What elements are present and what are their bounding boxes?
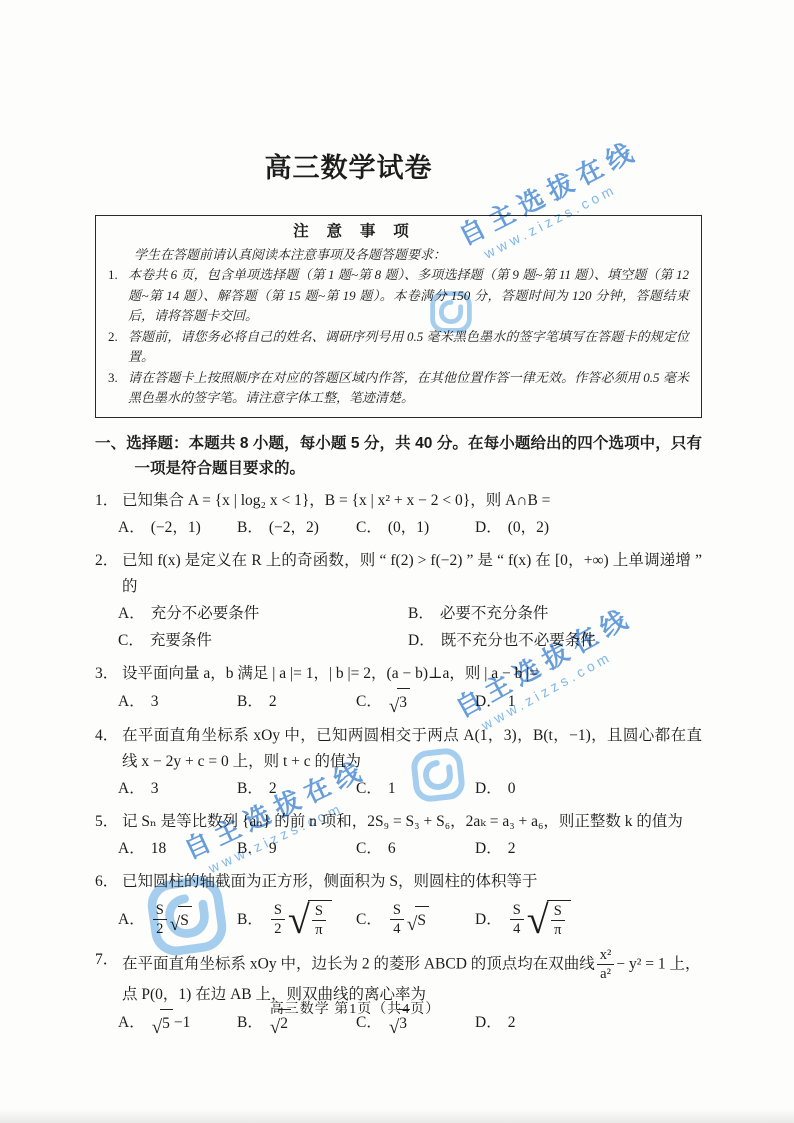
question-6: 6． 已知圆柱的轴截面为正方形，侧面积为 S，则圆柱的体积等于 A． S2 √S… (95, 869, 702, 940)
notice-item: 3. 请在答题卡上按照顺序在对应的答题区域内作答，在其他位置作答一律无效。作答必… (108, 368, 689, 409)
fraction: S4 (510, 902, 524, 937)
question-5: 5． 记 Sₙ 是等比数列 {aₙ} 的前 n 项和，2S₉ = S₃ + S₆… (95, 809, 702, 862)
option-a: A．3 (118, 776, 237, 802)
sqrt-expression: √Sπ (288, 900, 332, 940)
fraction: S4 (390, 902, 404, 937)
page-footer: 高三数学 第1页（共4页） (95, 998, 615, 1018)
fraction: Sπ (312, 903, 326, 938)
question-stem: 3． 设平面向量 a，b 满足 | a |= 1，| b |= 2，(a − b… (95, 661, 702, 687)
option-d: D．1 (475, 689, 702, 715)
question-3: 3． 设平面向量 a，b 满足 | a |= 1，| b |= 2，(a − b… (95, 661, 702, 716)
question-number: 6． (95, 869, 122, 895)
options-row: A． S2 √S B． S2 √Sπ C． S4 √S D． S4 √S (95, 900, 702, 940)
page-content: 高三数学试卷 注 意 事 项 学生在答题前请认真阅读本注意事项及各题答题要求： … (95, 0, 702, 1037)
question-stem: 1． 已知集合 A = {x | log₂ x < 1}，B = {x | x²… (95, 488, 702, 514)
options-row: A．3 B．2 C．√3 D．1 (95, 688, 702, 716)
notice-item-text: 答题前，请您务必将自己的姓名、调研序列号用 0.5 毫米黑色墨水的签字笔填写在答… (128, 327, 689, 368)
options-row: C．充要条件 D．既不充分也不必要条件 (95, 628, 702, 654)
options-row: A．充分不必要条件 B．必要不充分条件 (95, 601, 702, 627)
notice-item: 1. 本卷共 6 页，包含单项选择题（第 1 题~第 8 题）、多项选择题（第 … (108, 265, 689, 327)
notice-item-text: 本卷共 6 页，包含单项选择题（第 1 题~第 8 题）、多项选择题（第 9 题… (128, 265, 689, 327)
question-stem: 6． 已知圆柱的轴截面为正方形，侧面积为 S，则圆柱的体积等于 (95, 869, 702, 895)
option-b: B．必要不充分条件 (408, 601, 702, 627)
option-b: B．9 (237, 836, 356, 862)
option-d: D． S4 √Sπ (475, 900, 702, 940)
question-stem: 2． 已知 f(x) 是定义在 R 上的奇函数，则 “ f(2) > f(−2)… (95, 548, 702, 600)
option-a: A．(−2，1) (118, 515, 237, 541)
option-a: A． S2 √S (118, 902, 237, 937)
sqrt-expression: √3 (389, 688, 410, 716)
sqrt-expression: √S (170, 906, 192, 934)
question-number: 4． (95, 723, 122, 775)
notice-intro: 学生在答题前请认真阅读本注意事项及各题答题要求： (108, 245, 689, 266)
option-b: B．2 (237, 689, 356, 715)
option-c: C． S4 √S (356, 902, 475, 937)
option-a: A．充分不必要条件 (118, 601, 408, 627)
fraction: S2 (153, 902, 167, 937)
notice-item-number: 3. (108, 368, 128, 409)
option-d: D．2 (475, 836, 702, 862)
section-heading: 一、选择题：本题共 8 小题，每小题 5 分，共 40 分。在每小题给出的四个选… (95, 431, 702, 481)
option-b: B．2 (237, 776, 356, 802)
sqrt-expression: √S (407, 906, 429, 934)
question-7: 7． 在平面直角坐标系 xOy 中，边长为 2 的菱形 ABCD 的顶点均在双曲… (95, 947, 702, 1037)
option-c: C．1 (356, 776, 475, 802)
notice-box: 注 意 事 项 学生在答题前请认真阅读本注意事项及各题答题要求： 1. 本卷共 … (95, 215, 702, 418)
question-2: 2． 已知 f(x) 是定义在 R 上的奇函数，则 “ f(2) > f(−2)… (95, 548, 702, 654)
option-a: A．3 (118, 689, 237, 715)
option-c: C．(0，1) (356, 515, 475, 541)
option-d: D．(0，2) (475, 515, 702, 541)
question-1: 1． 已知集合 A = {x | log₂ x < 1}，B = {x | x²… (95, 488, 702, 541)
option-b: B． S2 √Sπ (237, 900, 356, 940)
notice-item-number: 2. (108, 327, 128, 368)
option-a: A．18 (118, 836, 237, 862)
question-stem: 4． 在平面直角坐标系 xOy 中，已知两圆相交于两点 A(1，3)，B(t，−… (95, 723, 702, 775)
notice-item-number: 1. (108, 265, 128, 327)
options-row: A．(−2，1) B．(−2，2) C．(0，1) D．(0，2) (95, 515, 702, 541)
option-d: D．既不充分也不必要条件 (408, 628, 702, 654)
options-row: A．3 B．2 C．1 D．0 (95, 776, 702, 802)
option-c: C．√3 (356, 688, 475, 716)
exam-page: 高三数学试卷 注 意 事 项 学生在答题前请认真阅读本注意事项及各题答题要求： … (0, 0, 794, 1123)
fraction: Sπ (551, 903, 565, 938)
option-d: D．0 (475, 776, 702, 802)
notice-item-text: 请在答题卡上按照顺序在对应的答题区域内作答，在其他位置作答一律无效。作答必须用 … (128, 368, 689, 409)
option-b: B．(−2，2) (237, 515, 356, 541)
fraction: S2 (271, 902, 285, 937)
question-number: 5． (95, 809, 122, 835)
sqrt-expression: √Sπ (527, 900, 571, 940)
options-row: A．18 B．9 C．6 D．2 (95, 836, 702, 862)
question-number: 2． (95, 548, 122, 600)
question-stem: 5． 记 Sₙ 是等比数列 {aₙ} 的前 n 项和，2S₉ = S₃ + S₆… (95, 809, 702, 835)
fraction: x²a² (597, 947, 615, 982)
question-number: 1． (95, 488, 122, 514)
option-c: C．充要条件 (118, 628, 408, 654)
page-title: 高三数学试卷 (45, 146, 652, 185)
question-4: 4． 在平面直角坐标系 xOy 中，已知两圆相交于两点 A(1，3)，B(t，−… (95, 723, 702, 802)
option-c: C．6 (356, 836, 475, 862)
question-number: 3． (95, 661, 122, 687)
notice-title: 注 意 事 项 (108, 222, 689, 243)
notice-item: 2. 答题前，请您务必将自己的姓名、调研序列号用 0.5 毫米黑色墨水的签字笔填… (108, 327, 689, 368)
